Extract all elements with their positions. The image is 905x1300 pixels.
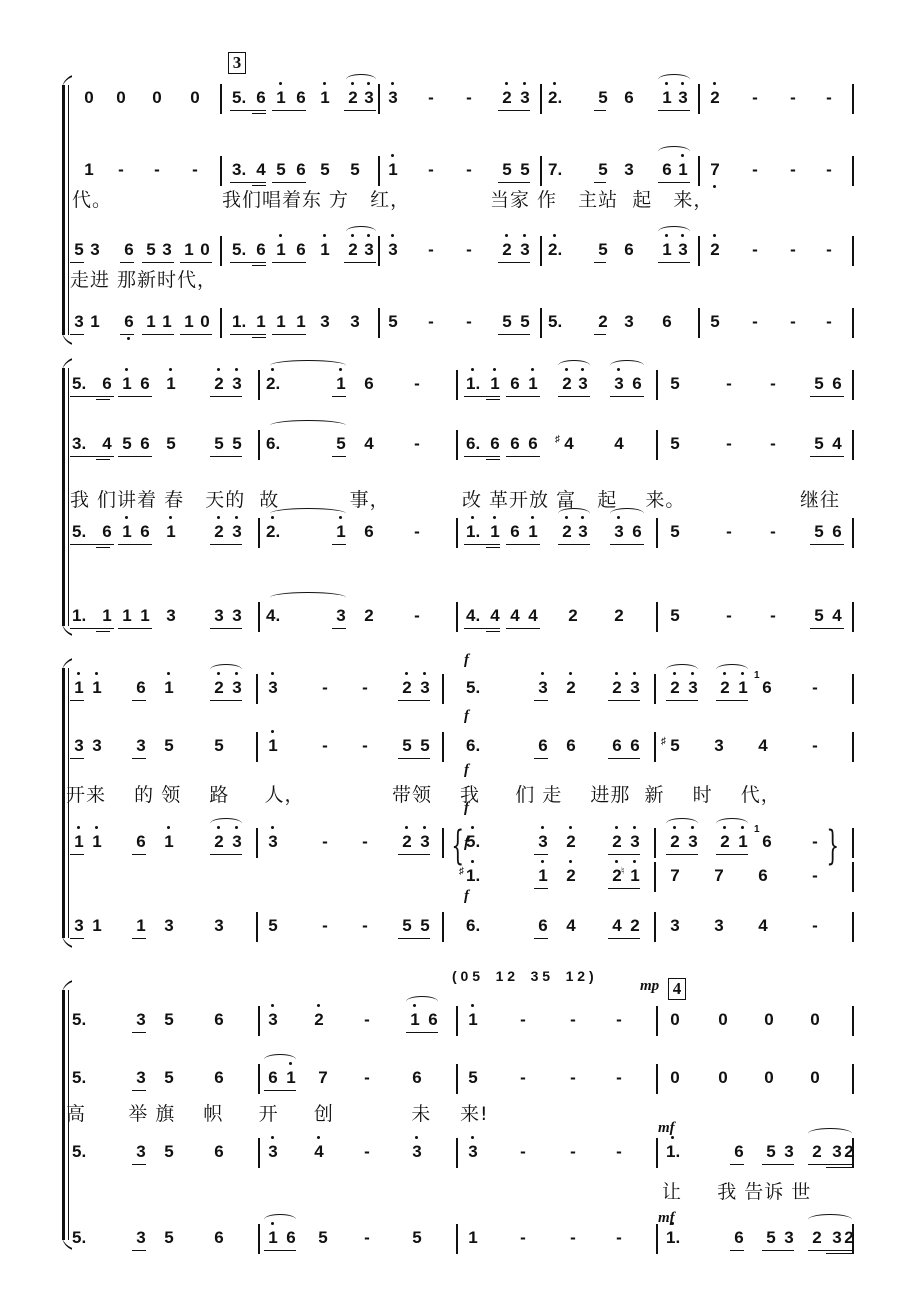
note: - [462,240,476,260]
beam-underline [142,262,174,263]
slur-arc [270,360,346,371]
note: 1 [88,312,102,332]
note: 5. [232,88,246,108]
note: - [424,88,438,108]
beam-underline [608,758,640,759]
note: 1 [318,240,332,260]
barline [540,308,542,338]
beam-underline [608,854,640,855]
note: 0 [198,312,212,332]
note: 2. [548,240,562,260]
beam-underline [118,544,152,545]
beam-underline [70,544,114,545]
lyric-line: 代。 [72,188,112,212]
note: 1 [90,678,104,698]
note: 1 [274,312,288,332]
beam-underline [398,854,430,855]
barline [456,1224,458,1254]
beam-underline [594,334,606,335]
note: 0 [150,88,164,108]
note: 4. [466,606,480,626]
note: 2 [668,832,682,852]
note: 3 [386,240,400,260]
beam-underline [210,700,242,701]
note: 1 [386,160,400,180]
barline [852,236,854,266]
lyric-line: 继往 [800,488,840,512]
beam-underline [506,544,540,545]
note: - [424,312,438,332]
barline [852,912,854,942]
lyric-line: 走进 那新时代， [70,268,217,292]
barline [256,828,258,858]
note: 4 [488,606,502,626]
beam-underline [398,938,430,939]
beam-underline [132,854,146,855]
note: 7 [668,866,682,886]
note: 0 [762,1010,776,1030]
note: - [360,1142,374,1162]
beam-underline [120,262,134,263]
beam-underline [808,1164,852,1165]
note: 1 [408,1010,422,1030]
note: - [786,312,800,332]
note: 1 [164,522,178,542]
note: - [766,374,780,394]
note: 6 [660,160,674,180]
note: 2 [346,240,360,260]
note: 5 [230,434,244,454]
note: 5 [596,88,610,108]
note: 5 [144,240,158,260]
beam-underline [826,1253,852,1254]
note: 3 [418,832,432,852]
note: 4 [610,916,624,936]
note: 4 [312,1142,326,1162]
note: 4 [756,916,770,936]
barline [456,602,458,632]
beam-underline [608,888,640,889]
note: 2 [566,606,580,626]
note: 2 [610,678,624,698]
note: 1 [676,160,690,180]
barline [258,370,260,400]
note: - [748,160,762,180]
note: 3 [676,240,690,260]
beam-underline [132,700,146,701]
barline [656,1006,658,1036]
note: 3 [782,1228,796,1248]
barline [698,156,700,186]
note: 1 [100,606,114,626]
beam-underline [70,758,84,759]
barline [540,156,542,186]
beam-underline [506,396,540,397]
note: 3 [362,240,376,260]
note: 3 [164,606,178,626]
note: 2 [564,866,578,886]
beam-underline [498,182,530,183]
note: 3 [230,678,244,698]
barline [698,236,700,266]
beam-underline [762,1250,794,1251]
note: - [612,1068,626,1088]
beam-underline [486,631,500,632]
note: 2 [500,240,514,260]
beam-underline [534,888,548,889]
note: 1 [318,88,332,108]
barline [456,1138,458,1168]
note: 6 [630,374,644,394]
note: 3 [348,312,362,332]
slur-arc [658,226,690,237]
beam-underline [132,758,146,759]
note: 7 [708,160,722,180]
beam-underline [210,544,242,545]
note: 1 [736,832,750,852]
lyric-line: 当家 作 主站 起 来， [490,188,713,212]
barline [220,156,222,186]
note: 0 [808,1010,822,1030]
note: 2 [842,1142,856,1162]
note: - [786,240,800,260]
note: 6 [508,522,522,542]
note: 2 [564,678,578,698]
beam-underline [534,854,548,855]
note: 5 [410,1228,424,1248]
note: - [722,374,736,394]
note: 3 [628,678,642,698]
note: 0 [808,1068,822,1088]
barline [852,430,854,460]
note: 1 [72,678,86,698]
beam-underline [464,544,500,545]
beam-underline [180,334,212,335]
note: 5 [72,240,86,260]
note: 6 [410,1068,424,1088]
note: 3 [576,374,590,394]
barline [656,1138,658,1168]
note: 2 [612,606,626,626]
note: - [462,160,476,180]
system-bracket [62,368,69,626]
slur-arc [270,420,346,431]
note: 2 [596,312,610,332]
note: 5 [812,374,826,394]
note: 2 [346,88,360,108]
slur-arc [716,664,748,675]
note: 5 [162,1010,176,1030]
beam-underline [506,456,540,457]
barline [378,156,380,186]
note: 6. [266,434,280,454]
barline [656,1064,658,1094]
system-bracket [62,85,69,335]
barline [656,602,658,632]
barline [656,518,658,548]
note: 3 [134,1228,148,1248]
beam-underline [272,262,306,263]
note: 5. [466,832,480,852]
note: 5 [596,240,610,260]
note: 4 [100,434,114,454]
note: 1 [294,312,308,332]
note: 2 [500,88,514,108]
note: 6 [630,522,644,542]
note: 5 [812,522,826,542]
barline [456,518,458,548]
barline [698,308,700,338]
beam-underline [498,262,530,263]
note: 3 [410,1142,424,1162]
note: 1 [144,312,158,332]
note: 0 [114,88,128,108]
note: - [318,736,332,756]
slur-arc [270,592,346,603]
note: 6 [212,1068,226,1088]
note: 5 [418,916,432,936]
note: 5. [72,1010,86,1030]
note: 2 [810,1228,824,1248]
barline [852,1006,854,1036]
note: 3 [230,606,244,626]
note: 1.♯ [466,866,480,886]
note: 3 [266,1010,280,1030]
note: 4♯ [562,434,576,454]
note: 2 [212,832,226,852]
note: 6 [830,522,844,542]
slur-arc [658,146,690,157]
note: 0 [668,1068,682,1088]
slur-arc [558,360,590,371]
beam-underline [398,700,430,701]
slur-arc [346,74,376,85]
note: - [566,1142,580,1162]
note: 2 [610,832,624,852]
note: 6 [536,736,550,756]
note: 3 [162,916,176,936]
beam-underline [96,631,110,632]
note: 3 [362,88,376,108]
note: 3 [386,88,400,108]
beam-underline [398,758,430,759]
note: 4 [564,916,578,936]
barline [656,370,658,400]
note: 3 [72,916,86,936]
note: - [410,434,424,454]
beam-underline [96,399,110,400]
note: 3 [536,678,550,698]
note: 6 [362,522,376,542]
note: 1 [72,832,86,852]
note: 5 [400,736,414,756]
note: 5 [120,434,134,454]
note: 2 [718,678,732,698]
note: 1 [120,606,134,626]
note: - [318,916,332,936]
note: 3 [622,160,636,180]
note: - [808,832,822,852]
note: 6 [212,1228,226,1248]
beam-underline [666,854,698,855]
note: 5. [72,1228,86,1248]
beam-underline [252,265,266,266]
note: 1 [488,374,502,394]
beam-underline [132,1164,146,1165]
note: - [808,736,822,756]
note: - [410,606,424,626]
beam-underline [826,1167,852,1168]
barline [852,828,854,858]
barline [258,602,260,632]
barline [698,84,700,114]
note: - [424,240,438,260]
beam-underline [264,1250,296,1251]
barline [540,84,542,114]
beam-underline [180,262,212,263]
note: 3 [622,312,636,332]
note: 61 [760,678,774,698]
note: 5 [668,374,682,394]
barline [258,430,260,460]
note: 7 [712,866,726,886]
beam-underline [344,262,376,263]
note: 6 [508,434,522,454]
note: 6 [536,916,550,936]
note: 3 [230,374,244,394]
beam-underline [272,334,306,335]
note: - [114,160,128,180]
note: 3 [612,522,626,542]
note: 5. [72,1142,86,1162]
note: - [516,1228,530,1248]
beam-underline [70,700,84,701]
note: - [822,88,836,108]
note: 5. [72,1068,86,1088]
note: - [612,1142,626,1162]
slur-arc [716,818,748,829]
beam-underline [230,334,266,335]
beam-underline [730,1164,744,1165]
note: 5 [418,736,432,756]
barline [540,236,542,266]
beam-underline [118,628,152,629]
note: - [822,240,836,260]
beam-underline [264,1090,296,1091]
note: 3 [628,832,642,852]
beam-underline [272,110,306,111]
note: - [358,832,372,852]
note: 3 [72,312,86,332]
rehearsal-mark: 4 [668,978,686,1000]
note: 1 [536,866,550,886]
note: 6 [138,522,152,542]
note: 5 [316,1228,330,1248]
beam-underline [332,628,346,629]
note: 5 [500,312,514,332]
note: 4 [830,434,844,454]
note: - [808,866,822,886]
lyric-line: 带领 [392,783,432,807]
note: 1. [466,374,480,394]
note: 1. [666,1228,680,1248]
note: 6 [294,240,308,260]
barline [852,308,854,338]
beam-underline [252,113,266,114]
beam-underline [716,700,748,701]
note: 3 [686,832,700,852]
barline [258,518,260,548]
note: 6 [564,736,578,756]
note: 1 [466,1010,480,1030]
lyric-line: 我 们 走 进那 新 时 代， [460,783,781,807]
barline [654,674,656,704]
beam-underline [808,1250,852,1251]
beam-underline [406,1032,438,1033]
beam-underline [610,396,644,397]
barline [220,308,222,338]
note: 5 [164,434,178,454]
note: 5 [708,312,722,332]
beam-underline [666,700,698,701]
beam-underline [210,854,242,855]
note: 1 [160,312,174,332]
barline [456,1006,458,1036]
note: 0 [716,1010,730,1030]
note: 1 [134,916,148,936]
note: 6 [362,374,376,394]
note: 2 [312,1010,326,1030]
note: 3. [72,434,86,454]
barline [258,1138,260,1168]
barline [378,236,380,266]
note: - [722,606,736,626]
note: 1 [90,832,104,852]
dynamic-marking: f [464,652,469,669]
beam-underline [464,628,500,629]
note: - [516,1010,530,1030]
note: 1 [162,678,176,698]
note: 1 [526,374,540,394]
note: - [766,606,780,626]
note: 1. [72,606,86,626]
beam-underline [142,334,174,335]
note: 5 [162,1228,176,1248]
barline [442,828,444,858]
beam-underline [486,459,500,460]
barline [442,732,444,762]
note: 1 [660,240,674,260]
note: 3 [782,1142,796,1162]
dynamic-marking: mf [658,1120,675,1137]
beam-underline [70,456,114,457]
note: - [786,88,800,108]
note: 6 [294,160,308,180]
note: 5 [812,434,826,454]
note: 6 [212,1142,226,1162]
beam-underline [716,854,748,855]
beam-underline [594,262,606,263]
note: 1 [274,88,288,108]
note: 6 [488,434,502,454]
beam-underline [70,262,84,263]
note: - [722,434,736,454]
beam-underline [594,110,606,111]
dynamic-marking: f [464,888,469,905]
beam-underline [332,544,346,545]
note: - [766,522,780,542]
barline [852,156,854,186]
